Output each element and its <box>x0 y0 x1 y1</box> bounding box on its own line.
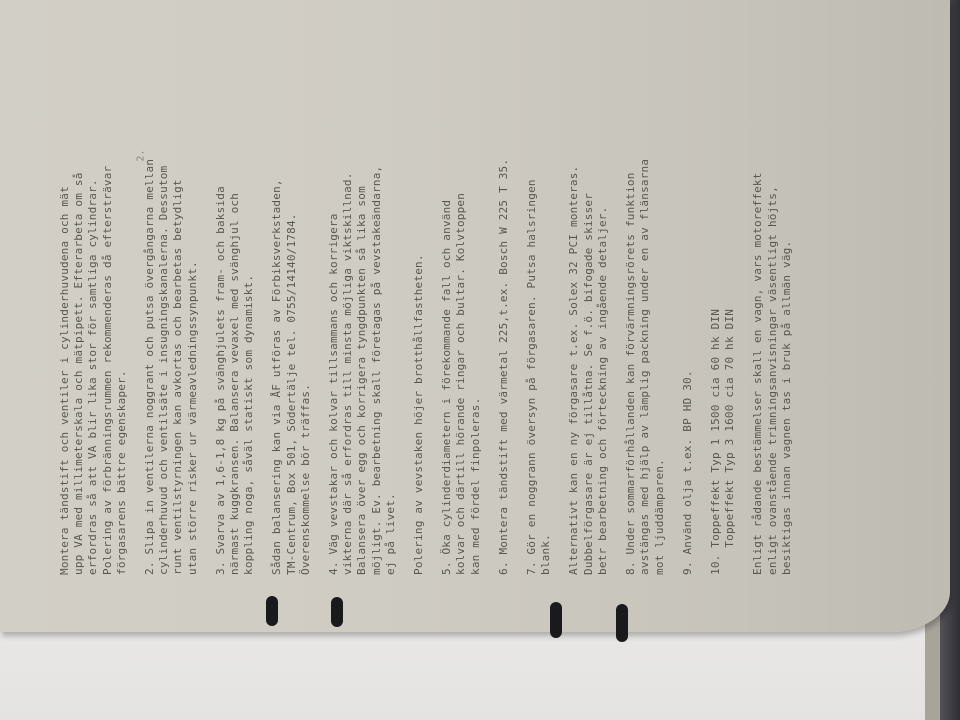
paragraph-10: 10. Toppeffekt Typ 1 1500 cia 60 hk DIN … <box>709 95 737 575</box>
paragraph-5: 5. Öka cylinderdiametern i förekommande … <box>440 95 483 575</box>
paragraph-regulations: Enligt rådande bestämmelser skall en vag… <box>751 95 794 575</box>
paragraph-2: 2. Slipa in ventilerna noggrant och puts… <box>143 95 200 575</box>
paragraph-9: 9. Använd olja t.ex. BP HD 30. <box>681 95 695 575</box>
paragraph-intro: Montera tändstift och ventiler i cylinde… <box>58 95 129 575</box>
paragraph-7: 7. Gör en noggrann översyn på förgasaren… <box>525 95 553 575</box>
paragraph-6: 6. Montera tändstift med värmetal 225,t.… <box>497 95 511 575</box>
paragraph-3: 3. Svarva av 1,6-1,8 kg på svänghjulets … <box>214 95 257 575</box>
binder-ring-icon <box>331 597 343 627</box>
paragraph-4: 4. Väg vevstakar och kolvar tillsammans … <box>327 95 398 575</box>
binder-ring-icon <box>266 596 278 626</box>
paragraph-7-alternative: Alternativt kan en ny förgasare t.ex. So… <box>567 95 610 575</box>
binder-ring-icon <box>616 604 628 642</box>
typewritten-text-block: Montera tändstift och ventiler i cylinde… <box>58 95 798 575</box>
paragraph-4-polish: Polering av vevstaken höjer brotthållfas… <box>412 95 426 575</box>
paragraph-8: 8. Under sommarförhållanden kan förvärmn… <box>624 95 667 575</box>
document-page: 2. Montera tändstift och ventiler i cyli… <box>0 0 950 632</box>
binder-ring-icon <box>550 602 562 638</box>
paragraph-3-balancing: Sådan balansering kan via ÅF utföras av … <box>270 95 313 575</box>
